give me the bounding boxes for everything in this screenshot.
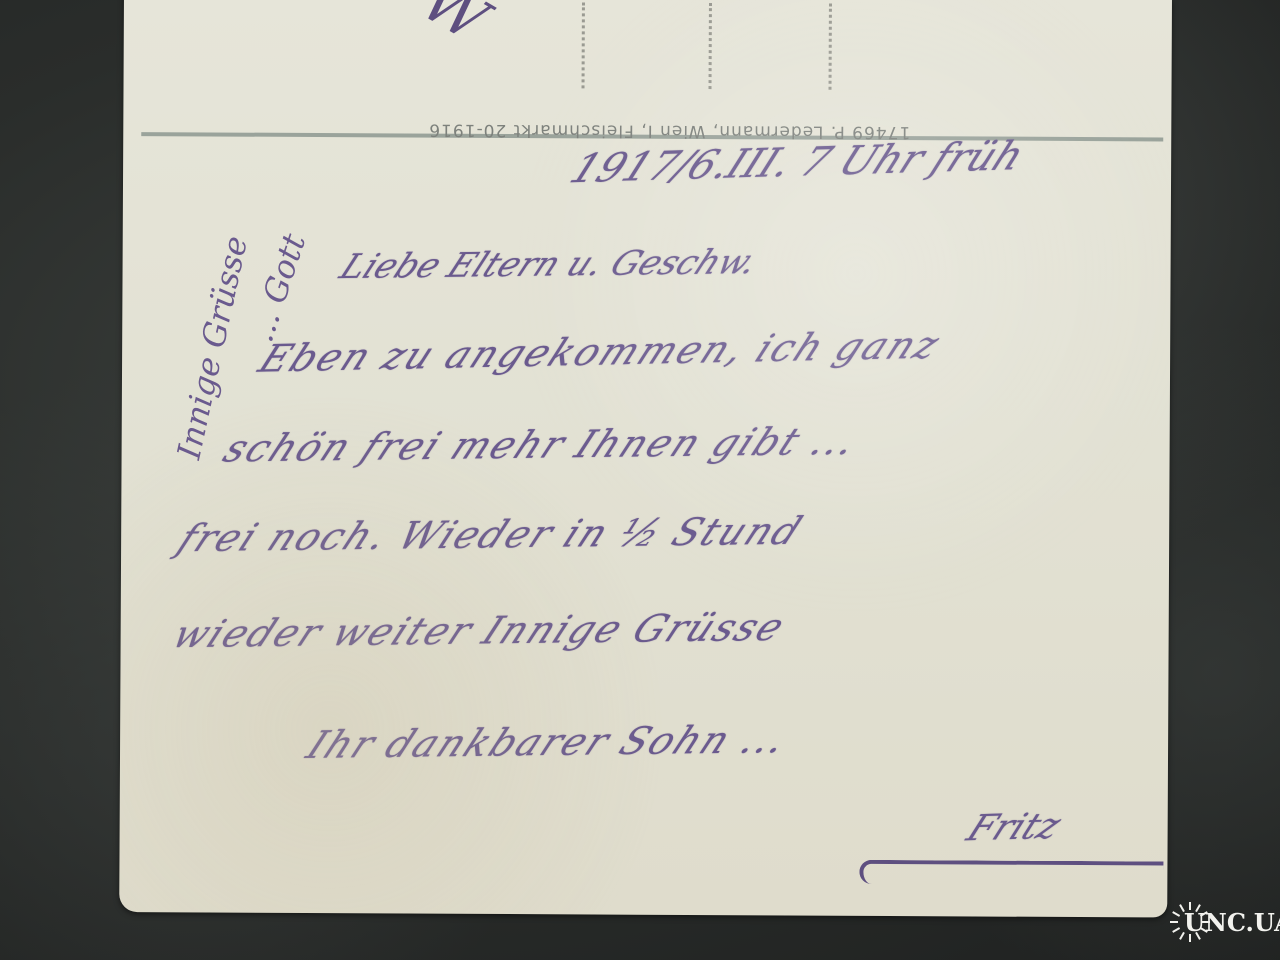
sunburst-icon <box>1170 902 1210 942</box>
handwritten-line: schön frei mehr Ihnen gibt ... <box>217 419 866 470</box>
postcard: W w 17469 P. Ledermann, Wien I, Fleischm… <box>119 0 1172 917</box>
handwritten-line: frei noch. Wieder in ½ Stund <box>171 509 810 560</box>
handwritten-line: Ihr dankbarer Sohn ... <box>300 717 796 767</box>
watermark: UNC.UA <box>1170 902 1280 942</box>
handwritten-line: Eben zu angekommen, ich ganz <box>252 323 948 381</box>
stamp-area-dotted-line <box>582 2 585 88</box>
stamp-area-dotted-line <box>709 3 712 89</box>
handwritten-greeting: Liebe Eltern u. Geschw. <box>333 242 764 287</box>
stamp-area-dotted-line <box>829 4 832 90</box>
handwritten-signature: Fritz <box>961 806 1067 849</box>
handwritten-line: wieder weiter Innige Grüsse <box>166 605 794 656</box>
top-handwriting-fragment: W <box>410 0 499 57</box>
signature-flourish <box>859 860 1163 886</box>
handwritten-date: 1917/6.III. 7 Uhr früh <box>563 133 1031 192</box>
